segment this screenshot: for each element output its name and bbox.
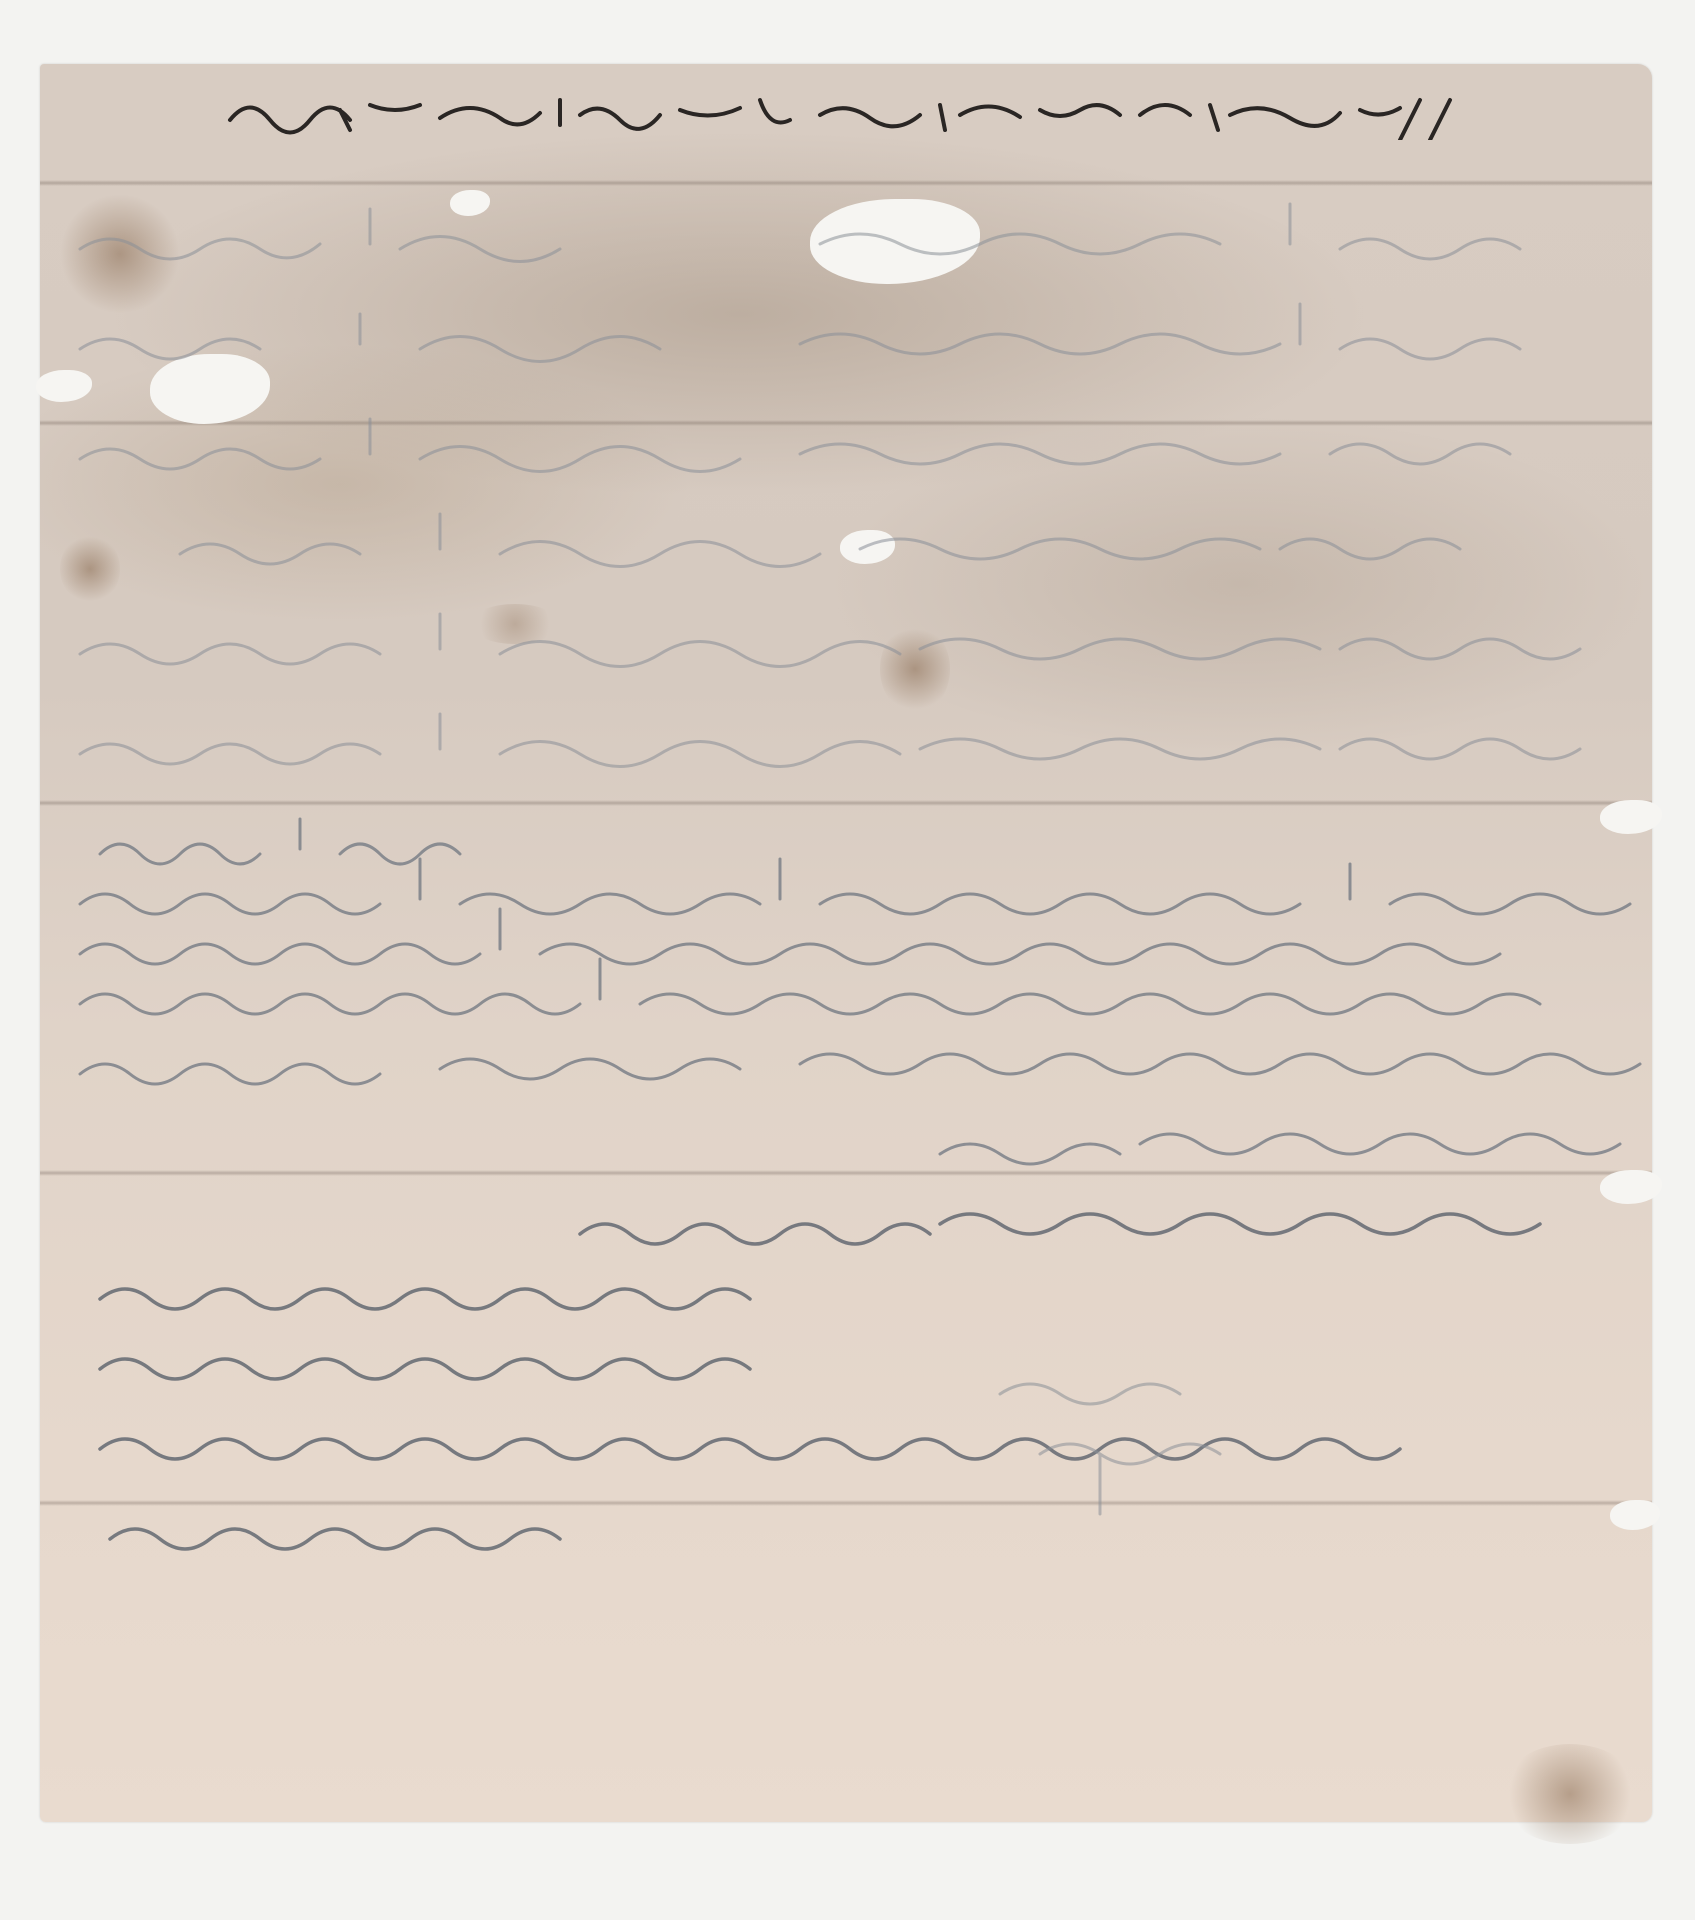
upper-faded-text: [80, 204, 1580, 767]
lower-right-annotations: [1000, 1384, 1220, 1514]
manuscript-handwriting: [40, 64, 1652, 1822]
middle-block-text: [80, 819, 1640, 1164]
lower-left-block-text: [100, 1214, 1540, 1549]
